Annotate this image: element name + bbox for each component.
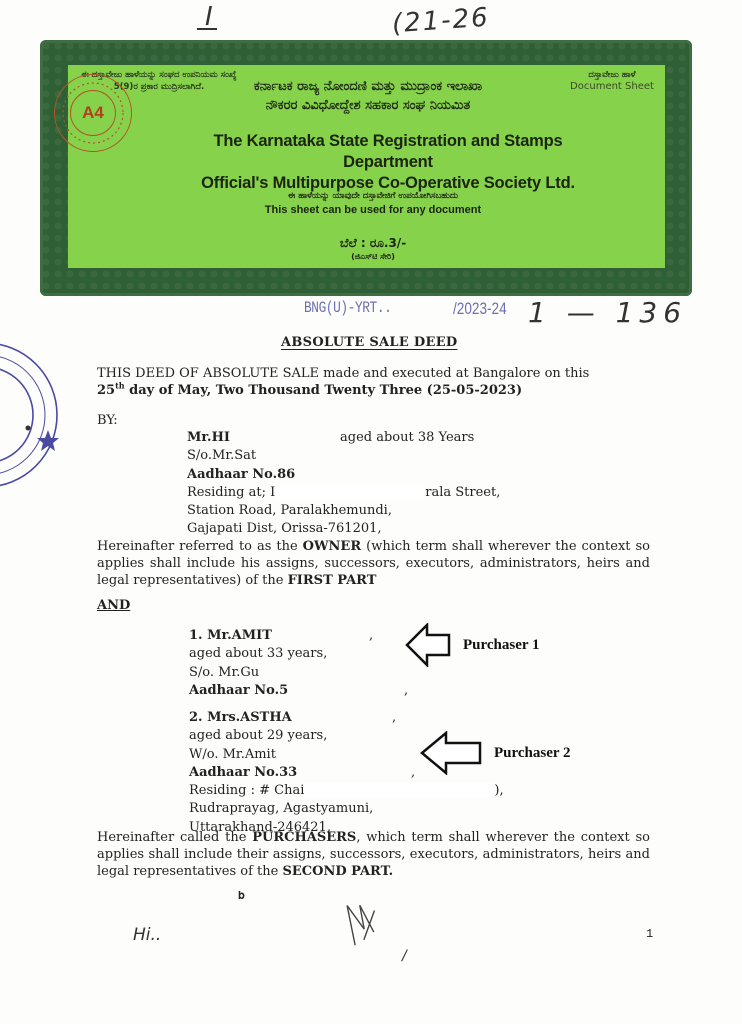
purchaser-1-details: 1. Mr.AMIT, aged about 33 years, S/o. Mr… bbox=[189, 627, 419, 700]
handwritten-number-top: (21-26 bbox=[391, 3, 491, 40]
purch-para-text: Hereinafter called the bbox=[97, 830, 252, 845]
purchaser-2-aadhaar: Aadhaar No.33 bbox=[189, 765, 297, 780]
purchaser-1-callout: Purchaser 1 bbox=[405, 623, 540, 667]
sheet-usage-note: ಈ ಹಾಳೆಯನ್ನು ಯಾವುದೇ ದಸ್ತಾವೇಜಿಗೆ ಉಪಯೋಗಿಸಬಹ… bbox=[208, 189, 538, 217]
tick-mark: / bbox=[402, 948, 407, 964]
sheet-title-english: The Karnataka State Registration and Sta… bbox=[188, 131, 588, 194]
owner-term: OWNER bbox=[303, 539, 362, 554]
sheet-title-kannada-line1: ಕರ್ನಾಟಕ ರಾಜ್ಯ ನೋಂದಣಿ ಮತ್ತು ಮುದ್ರಾಂಕ ಇಲಾಖ… bbox=[218, 77, 518, 96]
registration-number-handwritten: 1 — 136 bbox=[528, 296, 687, 329]
sheet-title-kannada: ಕರ್ನಾಟಕ ರಾಜ್ಯ ನೋಂದಣಿ ಮತ್ತು ಮುದ್ರಾಂಕ ಇಲಾಖ… bbox=[218, 77, 518, 115]
owner-address-start: Residing at; I bbox=[187, 485, 275, 500]
first-part-term: FIRST PART bbox=[288, 573, 377, 588]
owner-details: Mr.HI aged about 38 Years S/o.Mr.Sat Aad… bbox=[187, 429, 517, 539]
comma: , bbox=[369, 627, 373, 645]
purchaser-1-aadhaar: Aadhaar No.5 bbox=[189, 683, 288, 698]
sheet-note-right-kannada: ದಸ್ತಾವೇಜು ಹಾಳೆ bbox=[567, 69, 657, 81]
owner-address-line1: Residing at; Irala Street, bbox=[187, 484, 517, 502]
execution-date: 25th day of May, Two Thousand Twenty Thr… bbox=[97, 383, 522, 398]
purchasers-definition-paragraph: Hereinafter called the PURCHASERS, which… bbox=[97, 829, 650, 880]
owner-address-line2: Station Road, Paralakhemundi, bbox=[187, 502, 517, 520]
owner-relation: S/o.Mr.Sat bbox=[187, 447, 517, 465]
purchaser-1-name: 1. Mr.AMIT bbox=[189, 628, 272, 643]
redaction bbox=[304, 783, 494, 798]
intro-paragraph: THIS DEED OF ABSOLUTE SALE made and exec… bbox=[97, 365, 650, 399]
purchaser-2-address-end: ), bbox=[494, 783, 503, 798]
purchaser-2-name: 2. Mrs.ASTHA bbox=[189, 710, 292, 725]
owner-definition-paragraph: Hereinafter referred to as the OWNER (wh… bbox=[97, 538, 650, 589]
society-seal-icon: A4 bbox=[54, 74, 132, 152]
date-day-suffix: th bbox=[115, 381, 125, 391]
document-title: ABSOLUTE SALE DEED bbox=[281, 335, 457, 350]
comma: , bbox=[392, 709, 396, 727]
purchaser-2-address-start: Residing : # Chai bbox=[189, 783, 304, 798]
purchaser-1-age: aged about 33 years, bbox=[189, 645, 419, 663]
signature-mark: 𝐛 bbox=[238, 889, 245, 903]
purchaser-2-address-line1: Residing : # Chai), bbox=[189, 782, 519, 800]
stamp-sheet-header: ಈ ದಸ್ತಾವೇಜು ಹಾಳೆಯನ್ನು ಸಂಘದ ಉಪನಿಯಮ ಸಂಖ್ಯೆ… bbox=[40, 40, 692, 296]
purchasers-term: PURCHASERS bbox=[252, 830, 356, 845]
by-label: BY: bbox=[97, 413, 118, 428]
sheet-note-right-english: Document Sheet bbox=[567, 81, 657, 93]
sheet-usage-kannada: ಈ ಹಾಳೆಯನ್ನು ಯಾವುದೇ ದಸ್ತಾವೇಜಿಗೆ ಉಪಯೋಗಿಸಬಹ… bbox=[208, 189, 538, 203]
owner-name: Mr.HI bbox=[187, 430, 230, 445]
registration-year: /2023-24 bbox=[453, 299, 507, 319]
date-rest: day of May, Two Thousand Twenty Three (2… bbox=[125, 383, 523, 398]
office-stamp-icon bbox=[0, 330, 60, 495]
intro-text: THIS DEED OF ABSOLUTE SALE made and exec… bbox=[97, 366, 589, 381]
seal-center: A4 bbox=[70, 90, 116, 136]
owner-para-text: Hereinafter referred to as the bbox=[97, 539, 303, 554]
purchaser-2-label: Purchaser 2 bbox=[494, 745, 571, 762]
purchaser-2-callout: Purchaser 2 bbox=[420, 731, 571, 775]
sheet-price-note: (ಜಿಎಸ್‌ಟಿ ಸೇರಿ) bbox=[258, 251, 488, 262]
comma: , bbox=[411, 764, 415, 782]
redaction bbox=[275, 485, 425, 500]
owner-address-line3: Gajapati Dist, Orissa-761201, bbox=[187, 520, 517, 538]
sheet-title-kannada-line2: ನೌಕರರ ವಿವಿಧೋದ್ದೇಶ ಸಹಕಾರ ಸಂಘ ನಿಯಮಿತ bbox=[218, 96, 518, 115]
purchaser-1-label: Purchaser 1 bbox=[463, 637, 540, 654]
purchaser-1-relation: S/o. Mr.Gu bbox=[189, 664, 419, 682]
sheet-note-right: ದಸ್ತಾವೇಜು ಹಾಳೆ Document Sheet bbox=[567, 69, 657, 93]
owner-address-end: rala Street, bbox=[425, 485, 500, 500]
comma: , bbox=[404, 682, 408, 700]
registration-office-code: BNG(U)-YRT.. bbox=[304, 299, 391, 317]
purchaser-2-address-line2: Rudraprayag, Agastyamuni, bbox=[189, 800, 519, 818]
sheet-usage-english: This sheet can be used for any document bbox=[208, 203, 538, 217]
second-part-term: SECOND PART. bbox=[282, 864, 393, 879]
left-arrow-icon bbox=[405, 623, 451, 667]
and-label: AND bbox=[97, 598, 130, 613]
date-day: 25 bbox=[97, 383, 115, 398]
page-number: 1 bbox=[646, 927, 653, 941]
owner-age: aged about 38 Years bbox=[340, 429, 474, 447]
owner-signature: Hi.. bbox=[133, 925, 161, 945]
handwritten-mark-top-left: I bbox=[205, 2, 213, 32]
sheet-price-value: ಬೆಲೆ : ರೂ.3/- bbox=[258, 235, 488, 251]
sheet-title-english-line1: The Karnataka State Registration and Sta… bbox=[188, 131, 588, 173]
sheet-price: ಬೆಲೆ : ರೂ.3/- (ಜಿಎಸ್‌ಟಿ ಸೇರಿ) bbox=[258, 235, 488, 262]
stamp-sheet-field: ಈ ದಸ್ತಾವೇಜು ಹಾಳೆಯನ್ನು ಸಂಘದ ಉಪನಿಯಮ ಸಂಖ್ಯೆ… bbox=[68, 65, 665, 268]
owner-aadhaar: Aadhaar No.86 bbox=[187, 467, 295, 482]
left-arrow-icon bbox=[420, 731, 482, 775]
purchaser-signature-icon bbox=[336, 890, 391, 951]
